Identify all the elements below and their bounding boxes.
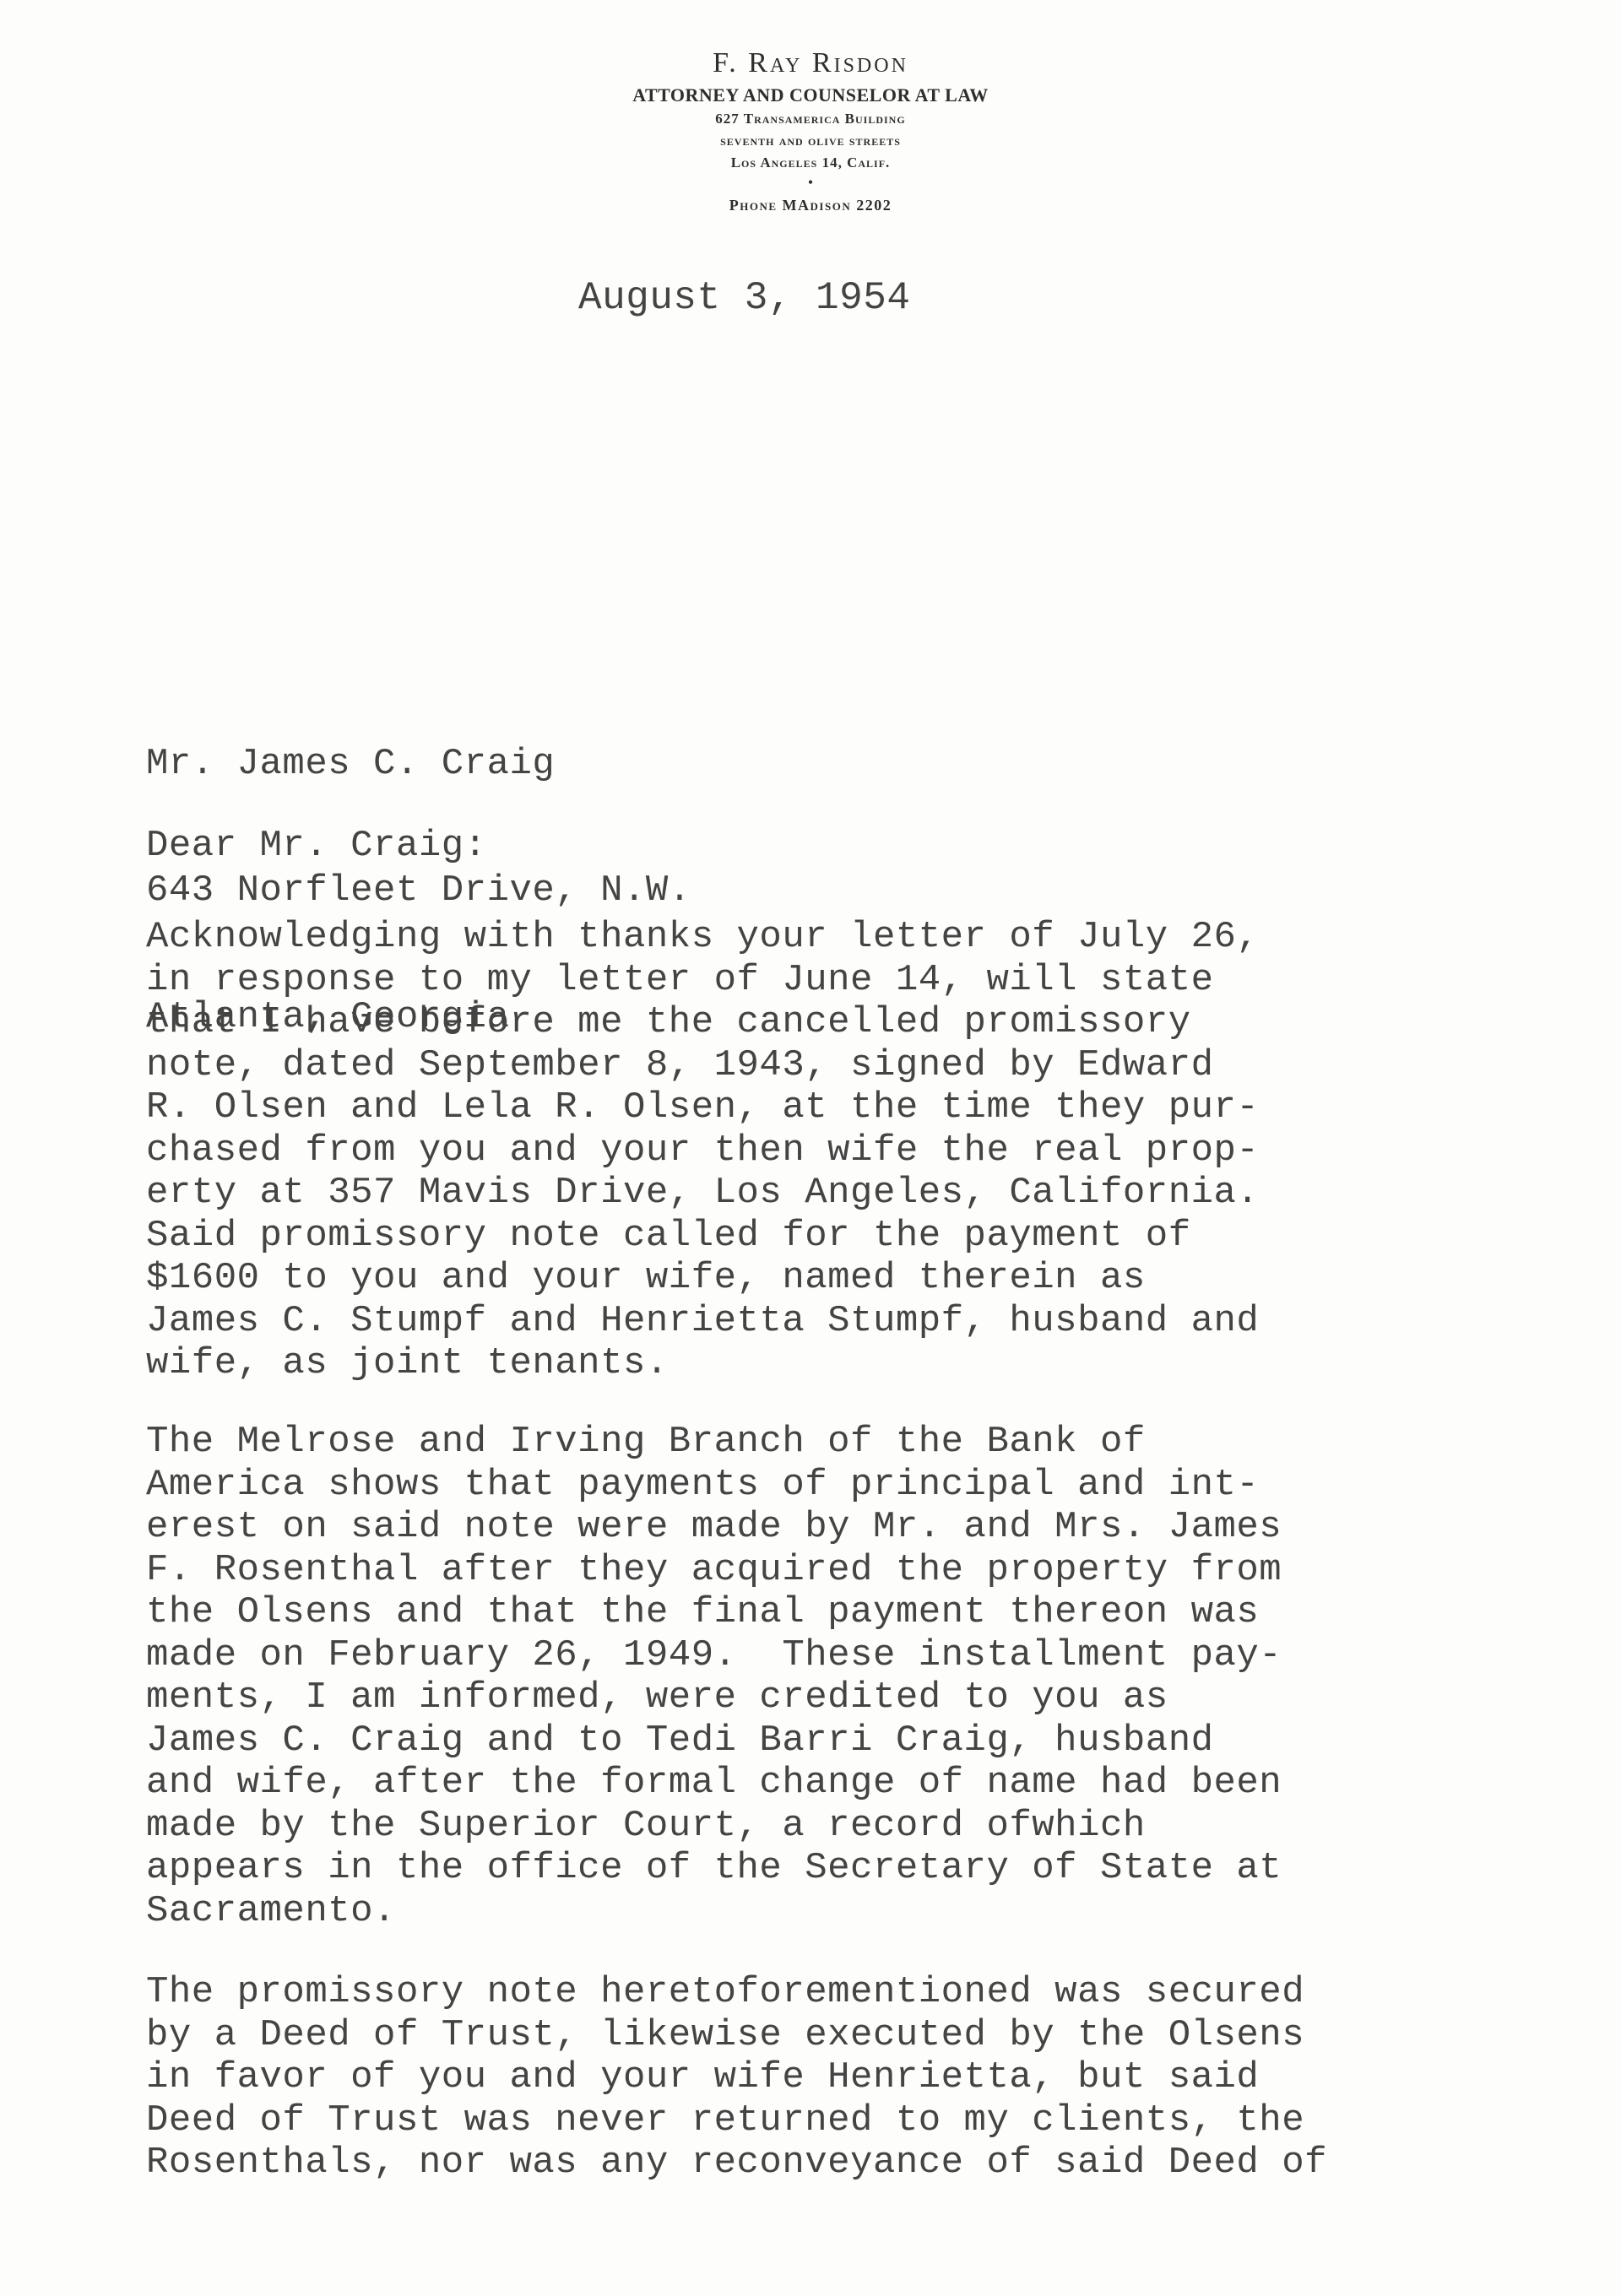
body-paragraph: The Melrose and Irving Branch of the Ban… (146, 1421, 1282, 1932)
text-line: and wife, after the formal change of nam… (146, 1762, 1282, 1805)
text-line: erty at 357 Mavis Drive, Los Angeles, Ca… (146, 1172, 1259, 1215)
letterhead: F. Ray Risdon ATTORNEY AND COUNSELOR AT … (0, 44, 1621, 218)
text-line: Deed of Trust was never returned to my c… (146, 2099, 1327, 2142)
text-line: chased from you and your then wife the r… (146, 1129, 1259, 1172)
bullet-separator-icon: • (0, 174, 1621, 191)
text-line: that I have before me the cancelled prom… (146, 1001, 1259, 1044)
recipient-street: 643 Norfleet Drive, N.W. (146, 869, 691, 912)
office-building: 627 Transamerica Building (0, 108, 1621, 130)
text-line: ments, I am informed, were credited to y… (146, 1676, 1282, 1719)
body-paragraph: Acknowledging with thanks your letter of… (146, 916, 1259, 1385)
text-line: Rosenthals, nor was any reconveyance of … (146, 2142, 1327, 2185)
text-line: James C. Craig and to Tedi Barri Craig, … (146, 1719, 1282, 1763)
salutation: Dear Mr. Craig: (146, 825, 487, 867)
text-line: America shows that payments of principal… (146, 1464, 1282, 1507)
recipient-name: Mr. James C. Craig (146, 743, 691, 785)
text-line: erest on said note were made by Mr. and … (146, 1506, 1282, 1549)
text-line: made by the Superior Court, a record ofw… (146, 1805, 1282, 1848)
text-line: wife, as joint tenants. (146, 1342, 1259, 1385)
body-paragraph: The promissory note heretoforementioned … (146, 1971, 1327, 2185)
text-line: by a Deed of Trust, likewise executed by… (146, 2014, 1327, 2057)
text-line: Sacramento. (146, 1890, 1282, 1933)
attorney-name: F. Ray Risdon (0, 44, 1621, 83)
text-line: James C. Stumpf and Henrietta Stumpf, hu… (146, 1300, 1259, 1343)
text-line: $1600 to you and your wife, named therei… (146, 1257, 1259, 1300)
text-line: note, dated September 8, 1943, signed by… (146, 1044, 1259, 1087)
attorney-title: ATTORNEY AND COUNSELOR AT LAW (0, 83, 1621, 108)
office-streets: seventh and olive streets (0, 130, 1621, 152)
text-line: in favor of you and your wife Henrietta,… (146, 2056, 1327, 2099)
office-city: Los Angeles 14, Calif. (0, 152, 1621, 174)
text-line: The Melrose and Irving Branch of the Ban… (146, 1421, 1282, 1464)
text-line: R. Olsen and Lela R. Olsen, at the time … (146, 1086, 1259, 1129)
text-line: appears in the office of the Secretary o… (146, 1847, 1282, 1890)
text-line: The promissory note heretoforementioned … (146, 1971, 1327, 2014)
text-line: the Olsens and that the final payment th… (146, 1591, 1282, 1634)
office-phone: Phone MAdison 2202 (0, 192, 1621, 218)
letter-date: August 3, 1954 (578, 276, 910, 320)
text-line: made on February 26, 1949. These install… (146, 1634, 1282, 1677)
text-line: in response to my letter of June 14, wil… (146, 959, 1259, 1002)
text-line: Acknowledging with thanks your letter of… (146, 916, 1259, 959)
text-line: Said promissory note called for the paym… (146, 1215, 1259, 1258)
text-line: F. Rosenthal after they acquired the pro… (146, 1549, 1282, 1592)
